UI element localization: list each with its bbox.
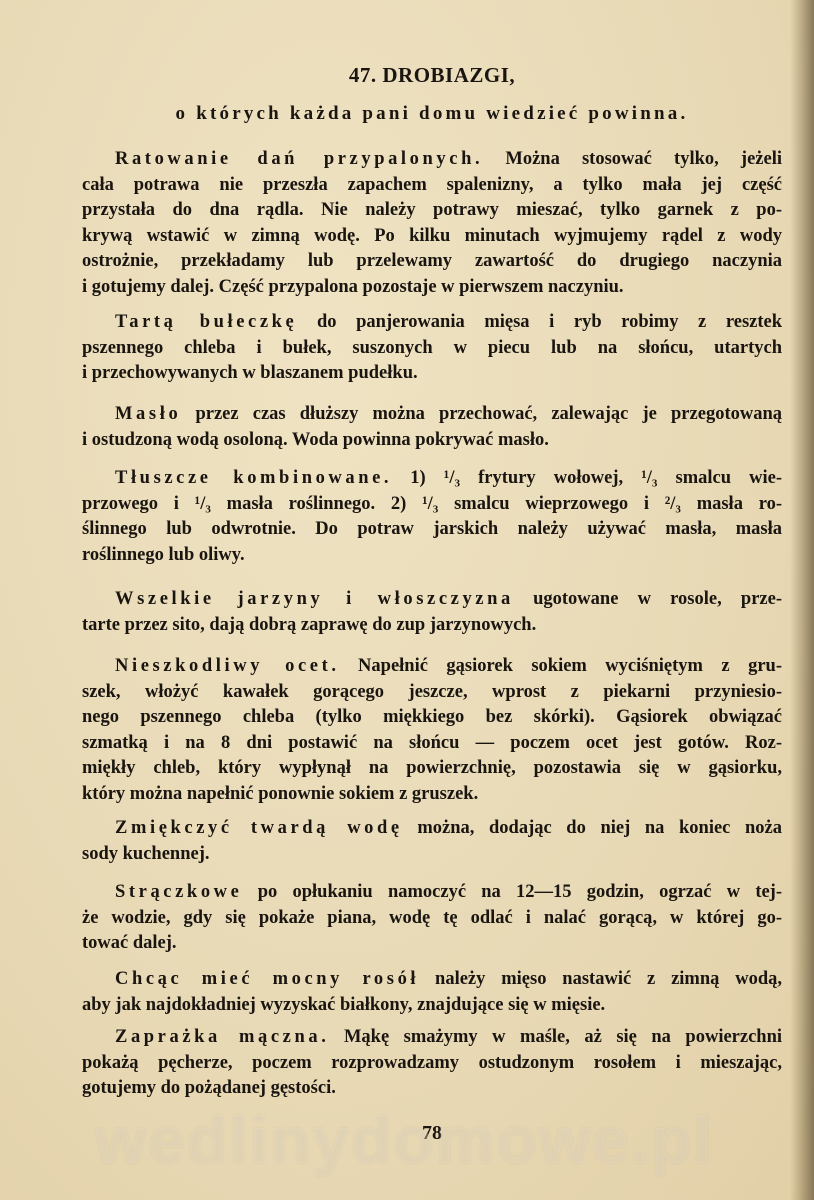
paragraph-heading: Tłuszcze kombinowane. [115, 468, 392, 488]
section-subtitle: o których każda pani domu wiedzieć powin… [82, 103, 782, 125]
paragraph-heading: Wszelkie jarzyny i włoszczyzna [115, 589, 514, 609]
watermark: wedlinydomowe.pl [95, 1102, 735, 1178]
paragraph-heading: Chcąc mieć mocny rosół [115, 969, 419, 989]
paragraph-jarzyny: Wszelkie jarzyny i włoszczyzna ugotowane… [82, 587, 782, 638]
paragraph-woda: Zmiękczyć twardą wodę można, dodając do … [82, 816, 782, 867]
paragraph-heading: Zaprażka mączna. [115, 1027, 329, 1047]
paragraph-ocet: Nieszkodliwy ocet. Napełnić gąsiorek sok… [82, 654, 782, 807]
paragraph-tarta-buleczka: Tartą bułeczkę do panjerowania mięsa i r… [82, 310, 782, 387]
paragraph-ratowanie: Ratowanie dań przypalonych. Można stosow… [82, 147, 782, 300]
paragraph-zaprazka: Zaprażka mączna. Mąkę smażymy w maśle, a… [82, 1025, 782, 1102]
book-page: 47. DROBIAZGI, o których każda pani domu… [0, 0, 814, 1200]
paragraph-heading: Tartą bułeczkę [115, 312, 297, 332]
paragraph-heading: Strączkowe [115, 882, 242, 902]
paragraph-straczkowe: Strączkowe po opłukaniu namoczyć na 12—1… [82, 880, 782, 957]
paragraph-heading: Nieszkodliwy ocet. [115, 656, 340, 676]
paragraph-heading: Ratowanie dań przypalonych. [115, 149, 483, 169]
paragraph-rosol: Chcąc mieć mocny rosół należy mięso nast… [82, 967, 782, 1018]
paragraph-tluszcze: Tłuszcze kombinowane. 1) ¹/₃ frytury woł… [82, 466, 782, 568]
section-title: 47. DROBIAZGI, [82, 63, 782, 88]
paragraph-heading: Masło [115, 404, 181, 424]
paragraph-heading: Zmiękczyć twardą wodę [115, 818, 403, 838]
paragraph-maslo: Masło przez czas dłuższy można przechowa… [82, 402, 782, 453]
